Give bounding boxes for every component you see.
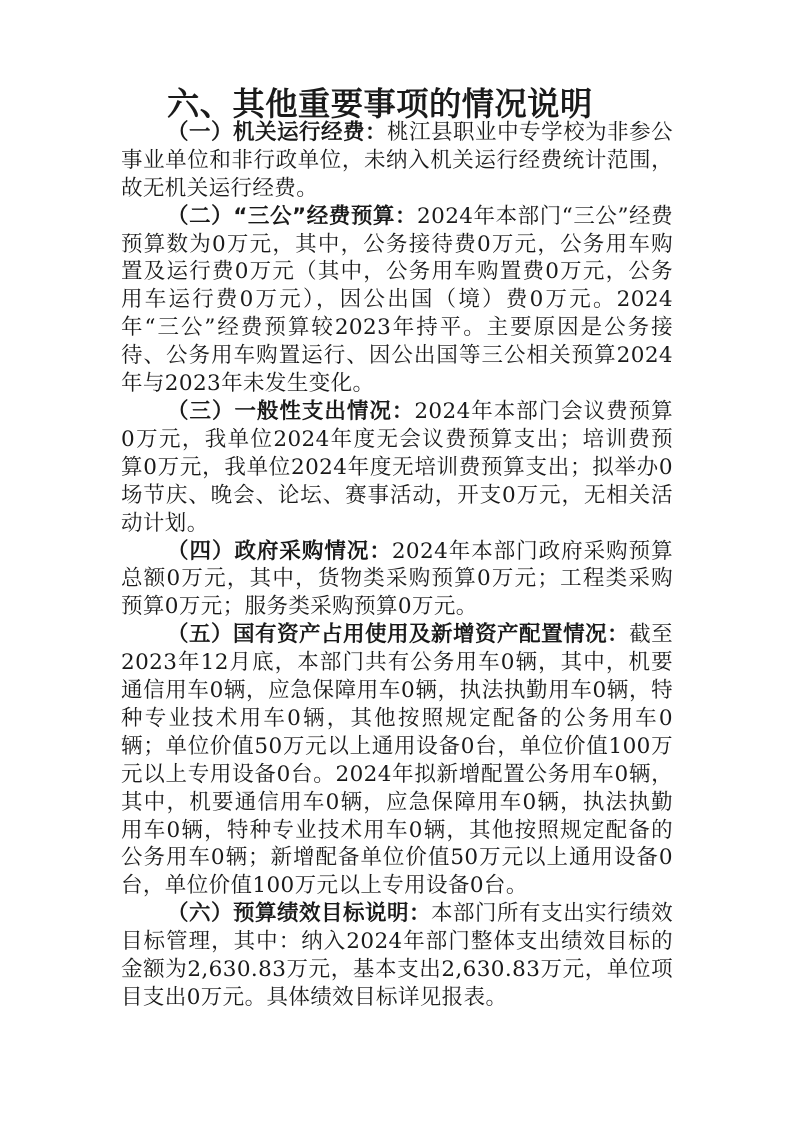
paragraph-lead: （六）预算绩效目标说明： <box>167 901 431 926</box>
paragraph-lead: （三）一般性支出情况： <box>167 399 414 424</box>
document-page: 六、其他重要事项的情况说明 （一）机关运行经费：桃江县职业中专学校为非参公事业单… <box>121 91 673 1012</box>
paragraph-admin-operating-costs: （一）机关运行经费：桃江县职业中专学校为非参公事业单位和非行政单位，未纳入机关运… <box>121 119 673 203</box>
paragraph-three-public-expenses: （二）“三公”经费预算：2024年本部门“三公”经费预算数为0万元，其中，公务接… <box>121 203 673 398</box>
paragraph-government-procurement: （四）政府采购情况：2024年本部门政府采购预算总额0万元，其中，货物类采购预算… <box>121 538 673 622</box>
paragraph-performance-targets: （六）预算绩效目标说明：本部门所有支出实行绩效目标管理，其中：纳入2024年部门… <box>121 900 673 1012</box>
paragraph-lead: （五）国有资产占用使用及新增资产配置情况： <box>167 622 629 647</box>
section-title: 六、其他重要事项的情况说明 <box>121 91 673 119</box>
paragraph-lead: （一）机关运行经费： <box>167 120 387 145</box>
paragraph-state-assets: （五）国有资产占用使用及新增资产配置情况：截至2023年12月底，本部门共有公务… <box>121 621 673 900</box>
paragraph-general-expenditure: （三）一般性支出情况：2024年本部门会议费预算0万元，我单位2024年度无会议… <box>121 398 673 538</box>
paragraph-lead: （四）政府采购情况： <box>167 539 392 564</box>
paragraph-lead: （二）“三公”经费预算： <box>167 204 417 229</box>
paragraph-body: 截至2023年12月底，本部门共有公务用车0辆，其中，机要通信用车0辆，应急保障… <box>121 622 673 898</box>
paragraph-body: 2024年本部门“三公”经费预算数为0万元，其中，公务接待费0万元，公务用车购置… <box>121 204 673 396</box>
